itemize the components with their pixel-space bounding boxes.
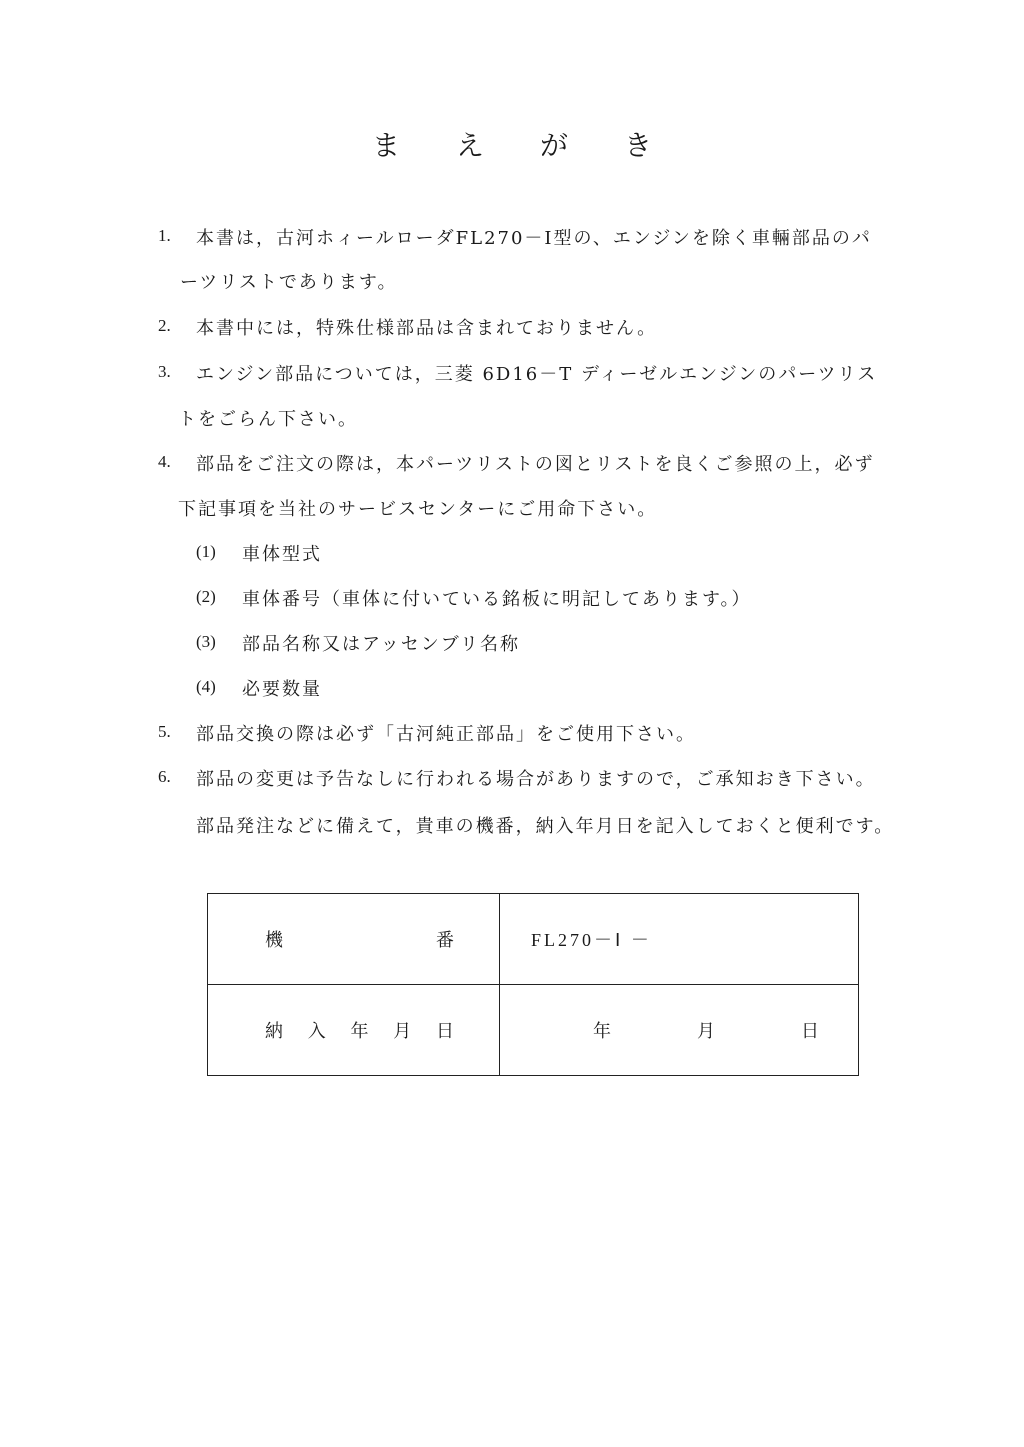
item-number: 2. xyxy=(158,316,171,336)
item-number: 3. xyxy=(158,362,171,382)
label-char: 日 xyxy=(436,1017,454,1043)
serial-value: FL270－Ⅰ － xyxy=(501,930,652,950)
item-number: 6. xyxy=(158,767,171,787)
subitem-number: (3) xyxy=(196,632,216,652)
item-text: 部品発注などに備えて，貴車の機番，納入年月日を記入しておくと便利です。 xyxy=(196,812,894,838)
item-text: 部品交換の際は必ず「古河純正部品」をご使用下さい。 xyxy=(196,720,696,746)
item-number: 1. xyxy=(158,226,171,246)
item-number: 5. xyxy=(158,722,171,742)
serial-label-cell: 機 番 xyxy=(208,894,500,985)
item-text: 本書は，古河ホィールローダFL270－Ⅰ型の、エンジンを除く車輛部品のパ xyxy=(196,224,872,250)
subitem-text: 車体番号（車体に付いている銘板に明記してあります。） xyxy=(242,585,752,611)
subitem-text: 必要数量 xyxy=(242,675,322,701)
label-char: 月 xyxy=(393,1017,411,1043)
subitem-number: (4) xyxy=(196,677,216,697)
subitem-number: (1) xyxy=(196,542,216,562)
label-char: 納 xyxy=(265,1017,283,1043)
serial-value-cell[interactable]: FL270－Ⅰ － xyxy=(500,894,859,985)
month-label: 月 xyxy=(697,1017,715,1043)
label-char: 入 xyxy=(308,1017,326,1043)
item-text: ーツリストであります。 xyxy=(180,268,397,294)
table-row: 納 入 年 月 日 年 月 日 xyxy=(208,985,859,1076)
item-text: 本書中には，特殊仕様部品は含まれておりません。 xyxy=(196,314,657,340)
item-text: トをごらん下さい。 xyxy=(178,405,358,431)
subitem-number: (2) xyxy=(196,587,216,607)
subitem-text: 車体型式 xyxy=(242,540,322,566)
day-label: 日 xyxy=(801,1017,819,1043)
serial-label-a: 機 xyxy=(265,926,283,952)
item-text: 下記事項を当社のサービスセンターにご用命下さい。 xyxy=(178,495,657,521)
machine-info-table: 機 番 FL270－Ⅰ － 納 入 年 月 日 年 月 日 xyxy=(207,893,859,1076)
year-label: 年 xyxy=(593,1017,611,1043)
item-number: 4. xyxy=(158,452,171,472)
serial-label-b: 番 xyxy=(436,926,454,952)
table-row: 機 番 FL270－Ⅰ － xyxy=(208,894,859,985)
subitem-text: 部品名称又はアッセンブリ名称 xyxy=(242,630,520,656)
item-text: エンジン部品については，三菱 6D16－T ディーゼルエンジンのパーツリス xyxy=(196,360,877,386)
page-title: まえがき xyxy=(0,124,1024,164)
delivery-date-value-cell[interactable]: 年 月 日 xyxy=(500,985,859,1076)
delivery-date-label-cell: 納 入 年 月 日 xyxy=(208,985,500,1076)
item-text: 部品をご注文の際は，本パーツリストの図とリストを良くご参照の上，必ず xyxy=(196,450,875,476)
item-text: 部品の変更は予告なしに行われる場合がありますので，ご承知おき下さい。 xyxy=(196,765,876,791)
label-char: 年 xyxy=(351,1017,369,1043)
